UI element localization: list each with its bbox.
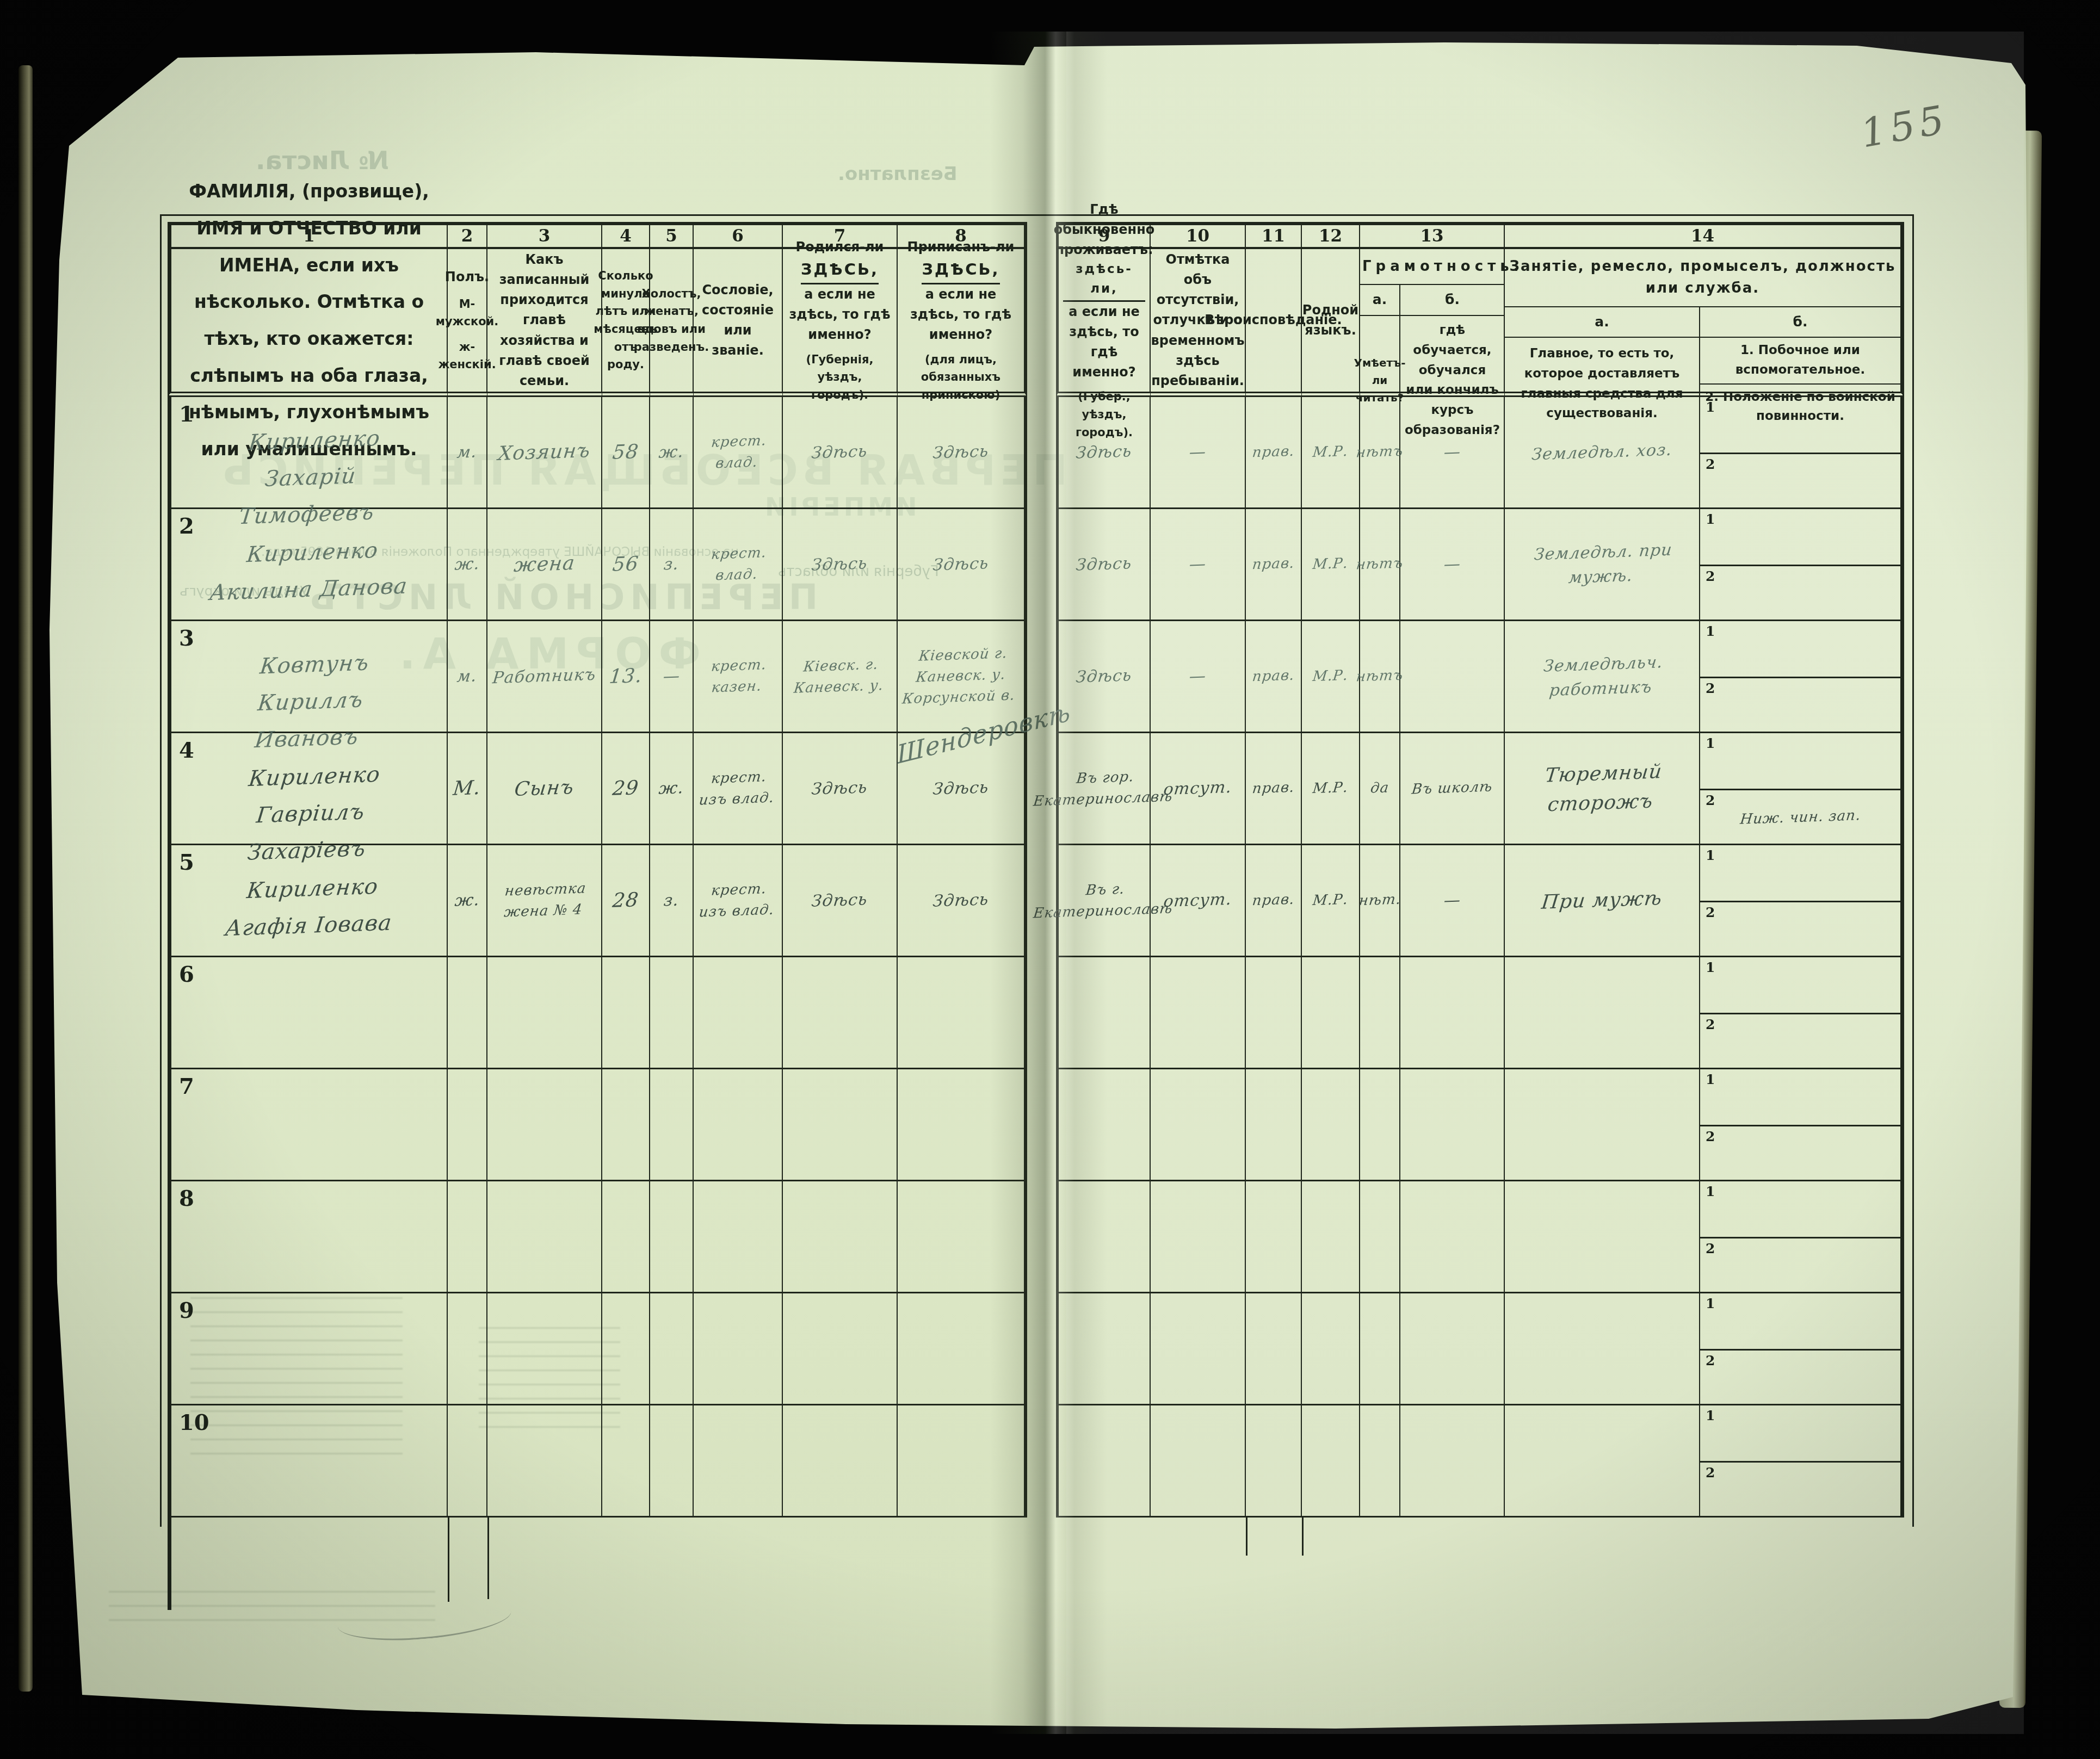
row5-occupation-a: При мужѣ <box>1505 845 1700 957</box>
header-residence-rest: а если не здѣсь, то гдѣ именно? <box>1063 302 1145 383</box>
row3-age: 13. <box>602 621 650 733</box>
row8-residence <box>1056 1181 1151 1293</box>
row4-relation: Сынъ <box>487 733 602 845</box>
header-sex: Полъ. М-мужской. ж-женскій. <box>448 249 487 397</box>
row4-occupation-a: Тюремный сторожъ <box>1505 733 1700 845</box>
row8-born <box>783 1181 898 1293</box>
row9-age <box>602 1293 650 1405</box>
page-fold-gap <box>1027 1405 1056 1518</box>
colnum-12: 12 <box>1302 222 1360 249</box>
row10-relation <box>487 1405 602 1518</box>
page-fold-gap <box>1027 957 1056 1069</box>
line-stub <box>1302 1518 1304 1556</box>
row2-name-cell: 2 Кириленко Акилина Данова <box>168 509 448 621</box>
row6-sex <box>448 957 487 1069</box>
row3-marital: — <box>650 621 694 733</box>
row8-occupation-a <box>1505 1181 1700 1293</box>
row1-name-cell: 1 Кириленко Захарій Тимофеевъ <box>168 397 448 509</box>
row8-occupation-b: 1 2 <box>1700 1181 1904 1293</box>
row5-literacy-a: нѣт. <box>1360 845 1400 957</box>
row6-language <box>1302 957 1360 1069</box>
row8-language <box>1302 1181 1360 1293</box>
row3-sex: м. <box>448 621 487 733</box>
row3-faith: прав. <box>1246 621 1302 733</box>
row9-literacy-a <box>1360 1293 1400 1405</box>
row2-language: М.Р. <box>1302 509 1360 621</box>
row10-literacy-a <box>1360 1405 1400 1518</box>
row8-faith <box>1246 1181 1302 1293</box>
row1-born: Здѣсь <box>783 397 898 509</box>
row10-residence <box>1056 1405 1151 1518</box>
header-relation-text: Какъ записанный приходится главѣ хозяйст… <box>492 250 597 391</box>
row2-marital: з. <box>650 509 694 621</box>
row5-born: Здѣсь <box>783 845 898 957</box>
row10-name-cell: 10 <box>168 1405 448 1518</box>
header-born-paren: (Губернія, уѣздъ, городъ). <box>787 351 892 404</box>
row4-sex: М. <box>448 733 487 845</box>
row10-faith <box>1246 1405 1302 1518</box>
row8-sex <box>448 1181 487 1293</box>
row9-sex <box>448 1293 487 1405</box>
page-fold-gap <box>1027 509 1056 621</box>
row9-language <box>1302 1293 1360 1405</box>
row7-literacy-a <box>1360 1069 1400 1181</box>
row10-occupation-b: 1 2 <box>1700 1405 1904 1518</box>
row8-marital <box>650 1181 694 1293</box>
colnum-2: 2 <box>448 222 487 249</box>
row-number: 2 <box>179 513 194 539</box>
row5-sex: ж. <box>448 845 487 957</box>
row2-sex: ж. <box>448 509 487 621</box>
page-fold-gap <box>1027 249 1056 397</box>
header-occupation-b-label: б. <box>1700 307 1900 338</box>
row9-faith <box>1246 1293 1302 1405</box>
header-registered-paren: (для лицъ, обязанныхъ припискою) <box>902 351 1020 404</box>
row5-absence: отсут. <box>1151 845 1246 957</box>
row3-occupation-a: Земледѣльч. работникъ <box>1505 621 1700 733</box>
row4-literacy-a: да <box>1360 733 1400 845</box>
row5-registered: Здѣсь <box>898 845 1027 957</box>
row5-marital: з. <box>650 845 694 957</box>
row8-literacy-b <box>1400 1181 1505 1293</box>
row3-occupation-b: 1 2 <box>1700 621 1904 733</box>
row10-registered <box>898 1405 1027 1518</box>
row5-faith: прав. <box>1246 845 1302 957</box>
header-residence: Гдѣ обыкновенно проживаетъ: здѣсь-ли, а … <box>1056 249 1151 397</box>
row5-relation: невѣстка жена № 4 <box>487 845 602 957</box>
row2-estate: крест. влад. <box>694 509 783 621</box>
header-born-emph: ЗДѢСЬ, <box>801 257 879 284</box>
page-stack-left-edge <box>18 65 33 1692</box>
photo-backdrop: № Листа. Безплатно. ПЕРВАЯ ВСЕОБЩАЯ ПЕРЕ… <box>0 0 2100 1759</box>
page-fold-gap <box>1027 1069 1056 1181</box>
row9-estate <box>694 1293 783 1405</box>
row10-age <box>602 1405 650 1518</box>
header-faith: Вѣроисповѣданіе. <box>1246 249 1302 397</box>
row5-name-cell: 5 Кириленко Агафія Іовава <box>168 845 448 957</box>
row1-occupation-b: 1 2 <box>1700 397 1904 509</box>
row1-sex: м. <box>448 397 487 509</box>
census-table: 1 2 3 4 5 6 7 8 9 10 11 12 13 14 ФАМИЛІЯ… <box>168 222 1904 1518</box>
row6-relation <box>487 957 602 1069</box>
row-number: 1 <box>179 401 194 427</box>
header-name: ФАМИЛІЯ, (прозвище), ИМЯ и ОТЧЕСТВО или … <box>168 249 448 397</box>
header-occupation-title: Занятіе, ремесло, промыселъ, должность и… <box>1505 249 1900 307</box>
row10-sex <box>448 1405 487 1518</box>
row2-relation: жена <box>487 509 602 621</box>
colnum-3: 3 <box>487 222 602 249</box>
row5-estate: крест. изъ влад. <box>694 845 783 957</box>
row1-literacy-b: — <box>1400 397 1505 509</box>
header-language: Родной языкъ. <box>1302 249 1360 397</box>
row1-faith: прав. <box>1246 397 1302 509</box>
header-language-text: Родной языкъ. <box>1302 300 1358 340</box>
row7-registered <box>898 1069 1027 1181</box>
row6-residence <box>1056 957 1151 1069</box>
row10-born <box>783 1405 898 1518</box>
row6-literacy-b <box>1400 957 1505 1069</box>
line-stub <box>1246 1518 1247 1556</box>
row7-faith <box>1246 1069 1302 1181</box>
header-estate: Сословіе, состояніе или званіе. <box>694 249 783 397</box>
row3-literacy-a: нѣтъ <box>1360 621 1400 733</box>
row2-registered: Здѣсь <box>898 509 1027 621</box>
row7-residence <box>1056 1069 1151 1181</box>
colnum-4: 4 <box>602 222 650 249</box>
row10-absence <box>1151 1405 1246 1518</box>
row1-literacy-a: нѣтъ <box>1360 397 1400 509</box>
row-number: 4 <box>179 738 194 763</box>
row1-residence: Здѣсь <box>1056 397 1151 509</box>
row7-age <box>602 1069 650 1181</box>
row2-born: Здѣсь <box>783 509 898 621</box>
row8-registered <box>898 1181 1027 1293</box>
row1-marital: ж. <box>650 397 694 509</box>
line-stub <box>487 1518 489 1599</box>
header-residence-emph: здѣсь-ли, <box>1063 260 1145 301</box>
row6-born <box>783 957 898 1069</box>
row2-faith: прав. <box>1246 509 1302 621</box>
row2-absence: — <box>1151 509 1246 621</box>
row10-marital <box>650 1405 694 1518</box>
row8-absence <box>1151 1181 1246 1293</box>
row4-language: М.Р. <box>1302 733 1360 845</box>
row6-registered <box>898 957 1027 1069</box>
header-born-lead: Родился-ли <box>796 237 884 257</box>
row9-name-cell: 9 <box>168 1293 448 1405</box>
row9-occupation-b: 1 2 <box>1700 1293 1904 1405</box>
row10-occupation-a <box>1505 1405 1700 1518</box>
header-occupation-b1-text: 1. Побочное или вспомогательное. <box>1700 338 1900 384</box>
row8-relation <box>487 1181 602 1293</box>
header-registered-rest: а если не здѣсь, то гдѣ именно? <box>902 284 1020 345</box>
row6-faith <box>1246 957 1302 1069</box>
page-fold-gap <box>1027 1293 1056 1405</box>
colnum-5: 5 <box>650 222 694 249</box>
row7-born <box>783 1069 898 1181</box>
row4-absence: отсут. <box>1151 733 1246 845</box>
row7-relation <box>487 1069 602 1181</box>
row8-name-cell: 8 <box>168 1181 448 1293</box>
row7-literacy-b <box>1400 1069 1505 1181</box>
row1-relation: Хозяинъ <box>487 397 602 509</box>
header-registered: Приписанъ-ли ЗДѢСЬ, а если не здѣсь, то … <box>898 249 1027 397</box>
row6-marital <box>650 957 694 1069</box>
row7-occupation-b: 1 2 <box>1700 1069 1904 1181</box>
row4-marital: ж. <box>650 733 694 845</box>
row9-absence <box>1151 1293 1246 1405</box>
header-registered-emph: ЗДѢСЬ, <box>922 257 999 284</box>
row1-language: М.Р. <box>1302 397 1360 509</box>
row9-relation <box>487 1293 602 1405</box>
row4-estate: крест. изъ влад. <box>694 733 783 845</box>
header-residence-lead: Гдѣ обыкновенно проживаетъ: <box>1054 200 1154 261</box>
header-literacy-b-label: б. <box>1400 285 1504 316</box>
colnum-11: 11 <box>1246 222 1302 249</box>
row6-name-cell: 6 <box>168 957 448 1069</box>
row4-born: Здѣсь <box>783 733 898 845</box>
row4-literacy-b: Въ школѣ <box>1400 733 1505 845</box>
row6-occupation-b: 1 2 <box>1700 957 1904 1069</box>
row5-residence: Въ г. Екатеринославѣ <box>1056 845 1151 957</box>
page-fold-gap <box>1027 397 1056 509</box>
row9-literacy-b <box>1400 1293 1505 1405</box>
row6-absence <box>1151 957 1246 1069</box>
row4-age: 29 <box>602 733 650 845</box>
row4-faith: прав. <box>1246 733 1302 845</box>
row1-age: 58 <box>602 397 650 509</box>
row2-occupation-a: Земледѣл. при мужѣ. <box>1505 509 1700 621</box>
header-estate-text: Сословіе, состояніе или званіе. <box>698 280 777 361</box>
row1-occupation-a: Земледѣл. хоз. <box>1505 397 1700 509</box>
row3-absence: — <box>1151 621 1246 733</box>
row6-age <box>602 957 650 1069</box>
row7-sex <box>448 1069 487 1181</box>
row9-occupation-a <box>1505 1293 1700 1405</box>
row7-estate <box>694 1069 783 1181</box>
page-fold-gap <box>1027 1181 1056 1293</box>
row6-literacy-a <box>1360 957 1400 1069</box>
header-literacy: Грамотность. а. Умѣетъ-ли читать? б. гдѣ… <box>1360 249 1505 397</box>
colnum-6: 6 <box>694 222 783 249</box>
header-sex-title: Полъ. <box>445 267 489 287</box>
header-occupation: Занятіе, ремесло, промыселъ, должность и… <box>1505 249 1904 397</box>
row4-occupation-b: 1 2Ниж. чин. зап. <box>1700 733 1904 845</box>
colnum-14: 14 <box>1505 222 1904 249</box>
row7-absence <box>1151 1069 1246 1181</box>
row3-name-cell: 3 Ковтунъ Кириллъ Ивановъ <box>168 621 448 733</box>
row7-name-cell: 7 <box>168 1069 448 1181</box>
row4-residence: Въ гор. Екатеринославѣ <box>1056 733 1151 845</box>
row9-born <box>783 1293 898 1405</box>
row5-literacy-b: — <box>1400 845 1505 957</box>
header-relation: Какъ записанный приходится главѣ хозяйст… <box>487 249 602 397</box>
header-literacy-a-label: а. <box>1360 285 1399 316</box>
row9-residence <box>1056 1293 1151 1405</box>
colnum-10: 10 <box>1151 222 1246 249</box>
row2-occupation-b: 1 2 <box>1700 509 1904 621</box>
line-stub <box>448 1518 449 1602</box>
row1-estate: крест. влад. <box>694 397 783 509</box>
row1-absence: — <box>1151 397 1246 509</box>
row5-age: 28 <box>602 845 650 957</box>
row9-registered <box>898 1293 1027 1405</box>
row-number: 5 <box>179 850 194 875</box>
row4-name-cell: 4 Кириленко Гавріилъ Захаріевъ <box>168 733 448 845</box>
row-number: 3 <box>179 625 194 651</box>
header-marital: Холостъ, женатъ, вдовъ или разведенъ. <box>650 249 694 397</box>
row5-occupation-b: 1 2 <box>1700 845 1904 957</box>
handwritten-name: Кириленко Агафія Іовава <box>203 866 417 947</box>
handwritten-name: Кириленко Акилина Данова <box>203 530 417 611</box>
header-born: Родился-ли ЗДѢСЬ, а если не здѣсь, то гд… <box>783 249 898 397</box>
row7-marital <box>650 1069 694 1181</box>
row6-occupation-a <box>1505 957 1700 1069</box>
row8-estate <box>694 1181 783 1293</box>
colnum-13: 13 <box>1360 222 1505 249</box>
row10-estate <box>694 1405 783 1518</box>
row10-language <box>1302 1405 1360 1518</box>
row7-occupation-a <box>1505 1069 1700 1181</box>
row1-registered: Здѣсь <box>898 397 1027 509</box>
row3-born: Кіевск. г. Каневск. у. <box>783 621 898 733</box>
page-fold-gap <box>1027 222 1056 249</box>
row6-estate <box>694 957 783 1069</box>
line-stub <box>168 1518 171 1610</box>
row3-relation: Работникъ <box>487 621 602 733</box>
row3-literacy-b <box>1400 621 1505 733</box>
row8-age <box>602 1181 650 1293</box>
row8-literacy-a <box>1360 1181 1400 1293</box>
row9-marital <box>650 1293 694 1405</box>
row5-language: М.Р. <box>1302 845 1360 957</box>
header-occupation-a-label: а. <box>1505 307 1699 338</box>
row2-literacy-a: нѣтъ <box>1360 509 1400 621</box>
row2-literacy-b: — <box>1400 509 1505 621</box>
row3-estate: крест. казен. <box>694 621 783 733</box>
row2-residence: Здѣсь <box>1056 509 1151 621</box>
row10-literacy-b <box>1400 1405 1505 1518</box>
row2-age: 56 <box>602 509 650 621</box>
row3-language: М.Р. <box>1302 621 1360 733</box>
header-literacy-title: Грамотность. <box>1360 249 1504 285</box>
row3-registered: Кіевской г. Каневск. у. Корсунской в. Ше… <box>898 621 1027 733</box>
header-registered-lead: Приписанъ-ли <box>907 237 1015 257</box>
header-born-rest: а если не здѣсь, то гдѣ именно? <box>787 284 892 345</box>
row7-language <box>1302 1069 1360 1181</box>
